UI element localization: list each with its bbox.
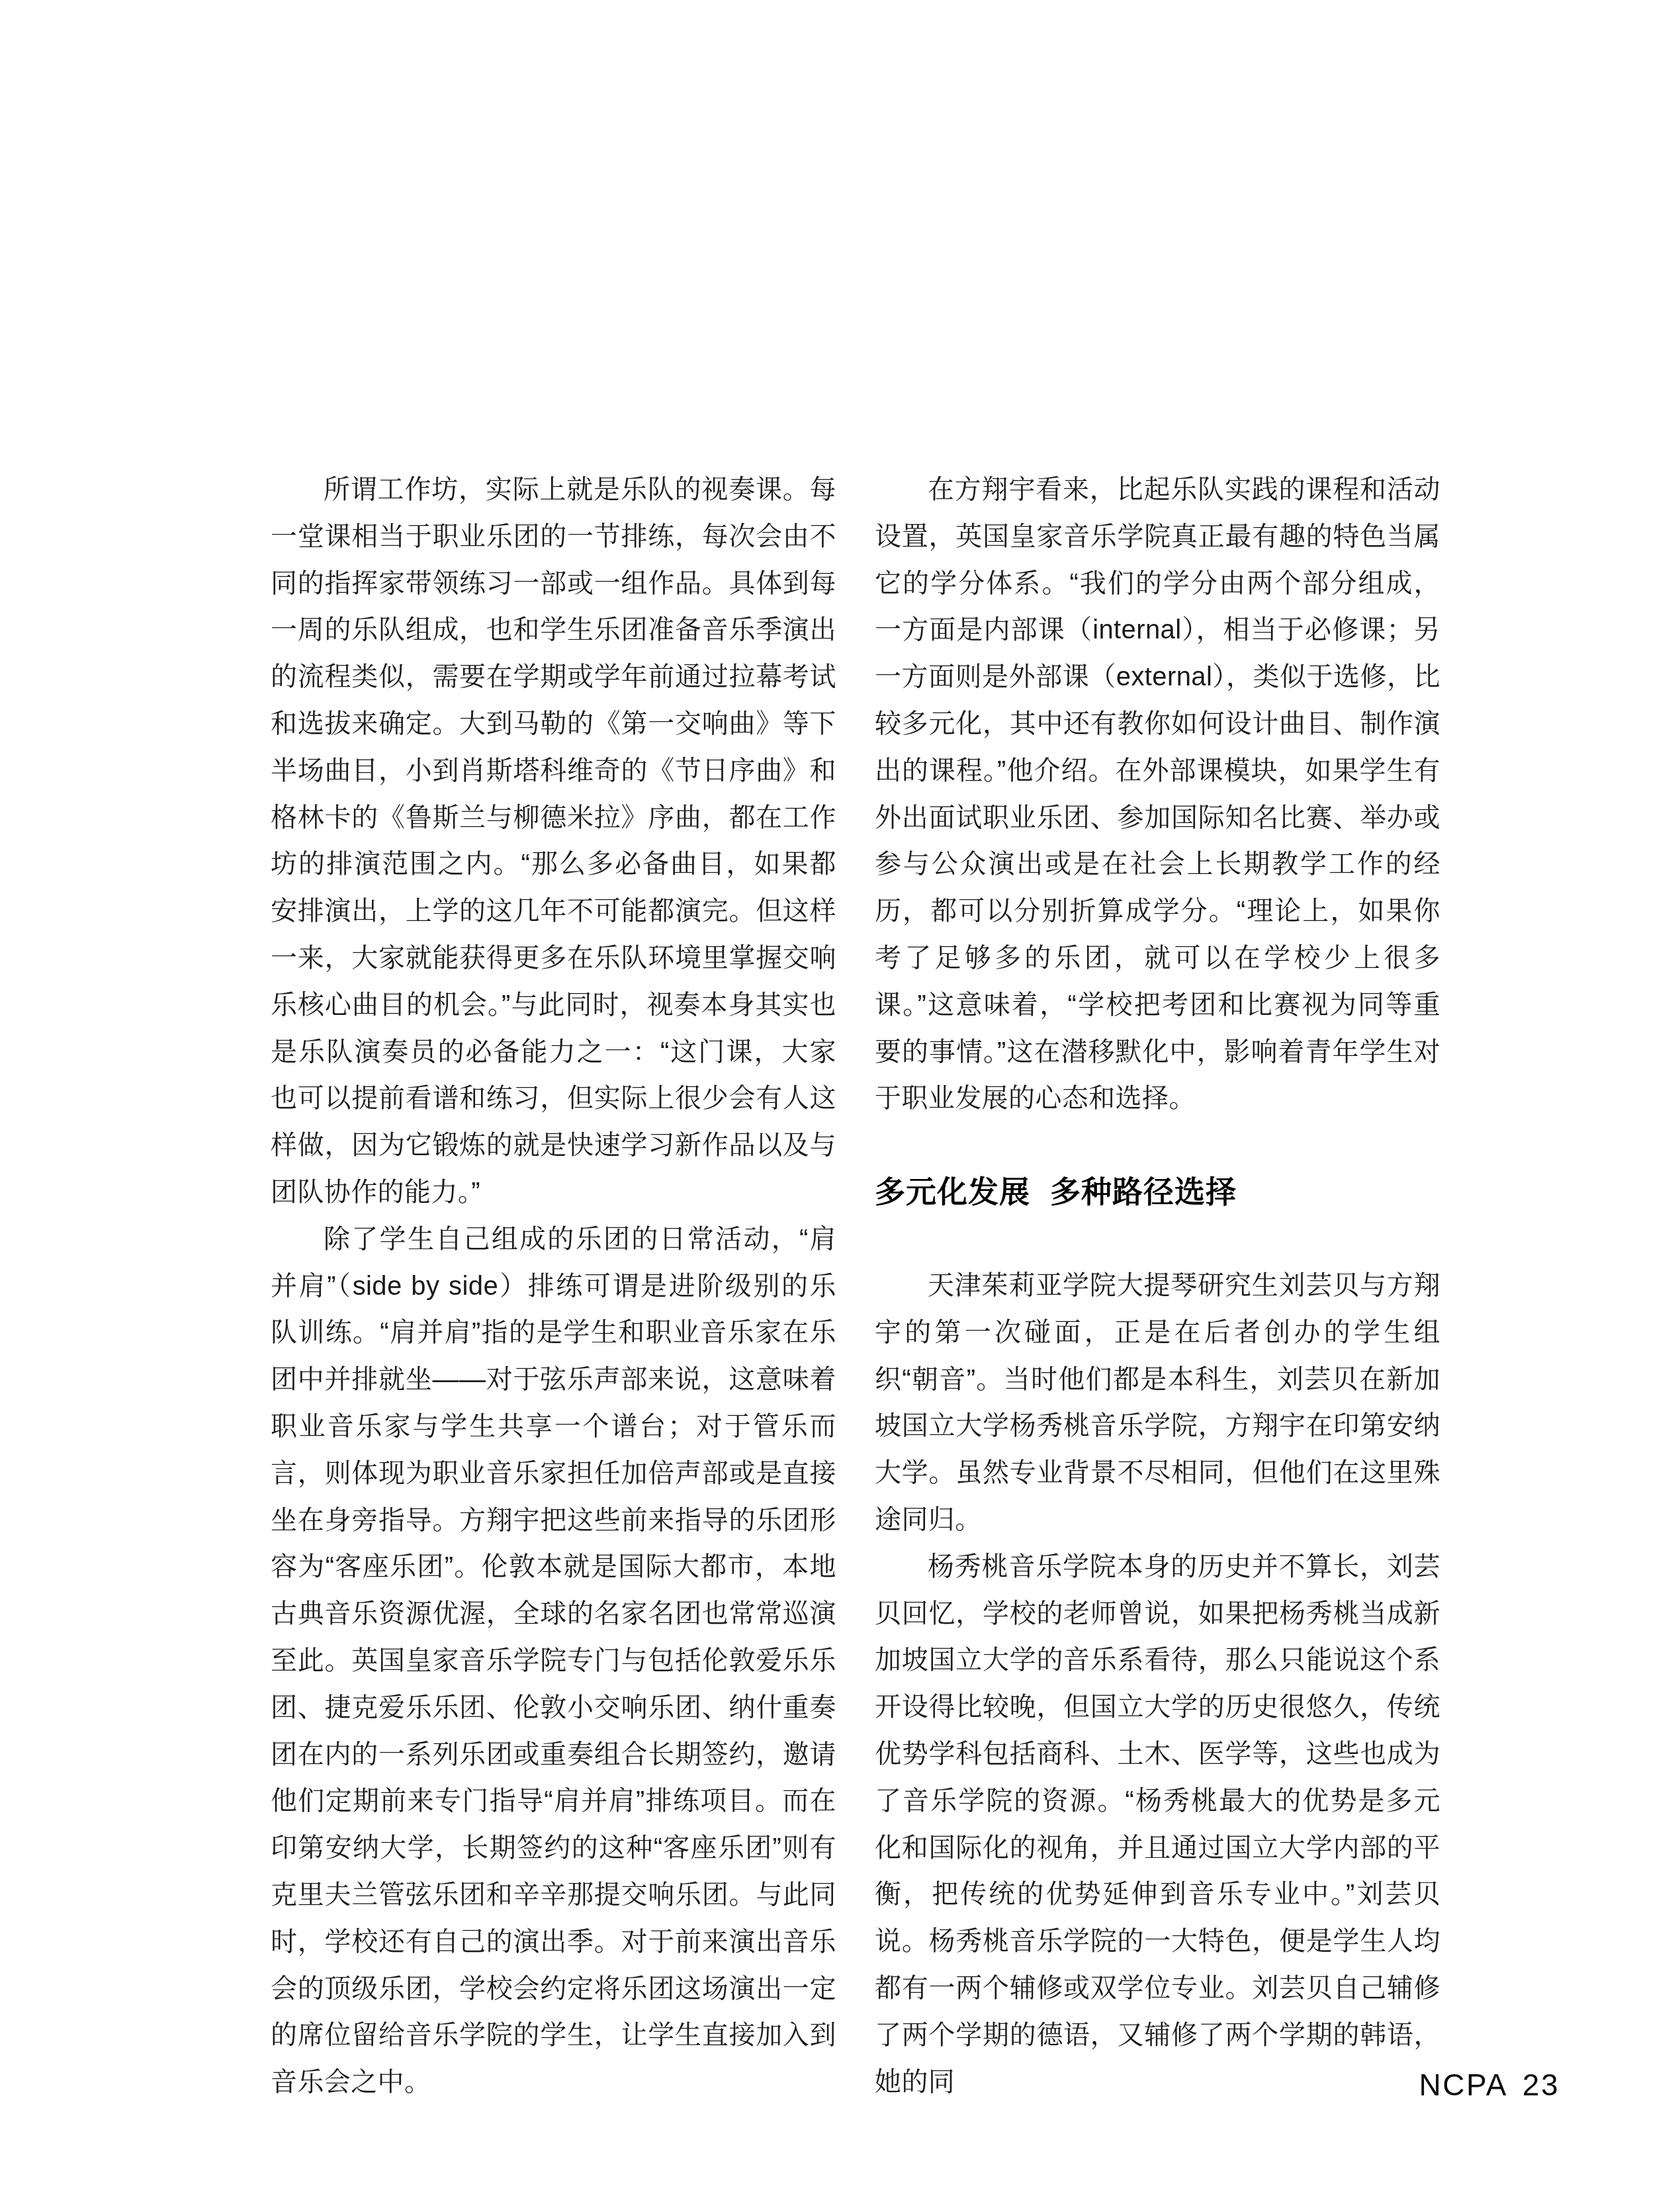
- journal-name: NCPA: [1419, 2070, 1507, 2100]
- article-right-column: 在方翔宇看来，比起乐队实践的课程和活动设置，英国皇家音乐学院真正最有趣的特色当属…: [875, 466, 1440, 2106]
- page-footer: NCPA 23: [1419, 2070, 1560, 2100]
- article-body: 所谓工作坊，实际上就是乐队的视奏课。每一堂课相当于职业乐团的一节排练，每次会由不…: [271, 466, 1440, 2106]
- paragraph-credit-system: 在方翔宇看来，比起乐队实践的课程和活动设置，英国皇家音乐学院真正最有趣的特色当属…: [875, 466, 1440, 1122]
- section-heading: 多元化发展 多种路径选择: [875, 1168, 1440, 1215]
- paragraph-side-by-side: 除了学生自己组成的乐团的日常活动，“肩并肩”（side by side）排练可谓…: [271, 1216, 836, 2106]
- paragraph-first-meeting: 天津茱莉亚学院大提琴研究生刘芸贝与方翔宇的第一次碰面，正是在后者创办的学生组织“…: [875, 1262, 1440, 1544]
- paragraph-yong-siew-toh: 杨秀桃音乐学院本身的历史并不算长，刘芸贝回忆，学校的老师曾说，如果把杨秀桃当成新…: [875, 1544, 1440, 2106]
- paragraph-workshop: 所谓工作坊，实际上就是乐队的视奏课。每一堂课相当于职业乐团的一节排练，每次会由不…: [271, 466, 836, 1216]
- magazine-page: 所谓工作坊，实际上就是乐队的视奏课。每一堂课相当于职业乐团的一节排练，每次会由不…: [0, 0, 1680, 2188]
- article-left-column: 所谓工作坊，实际上就是乐队的视奏课。每一堂课相当于职业乐团的一节排练，每次会由不…: [271, 466, 836, 2106]
- page-number: 23: [1523, 2070, 1560, 2100]
